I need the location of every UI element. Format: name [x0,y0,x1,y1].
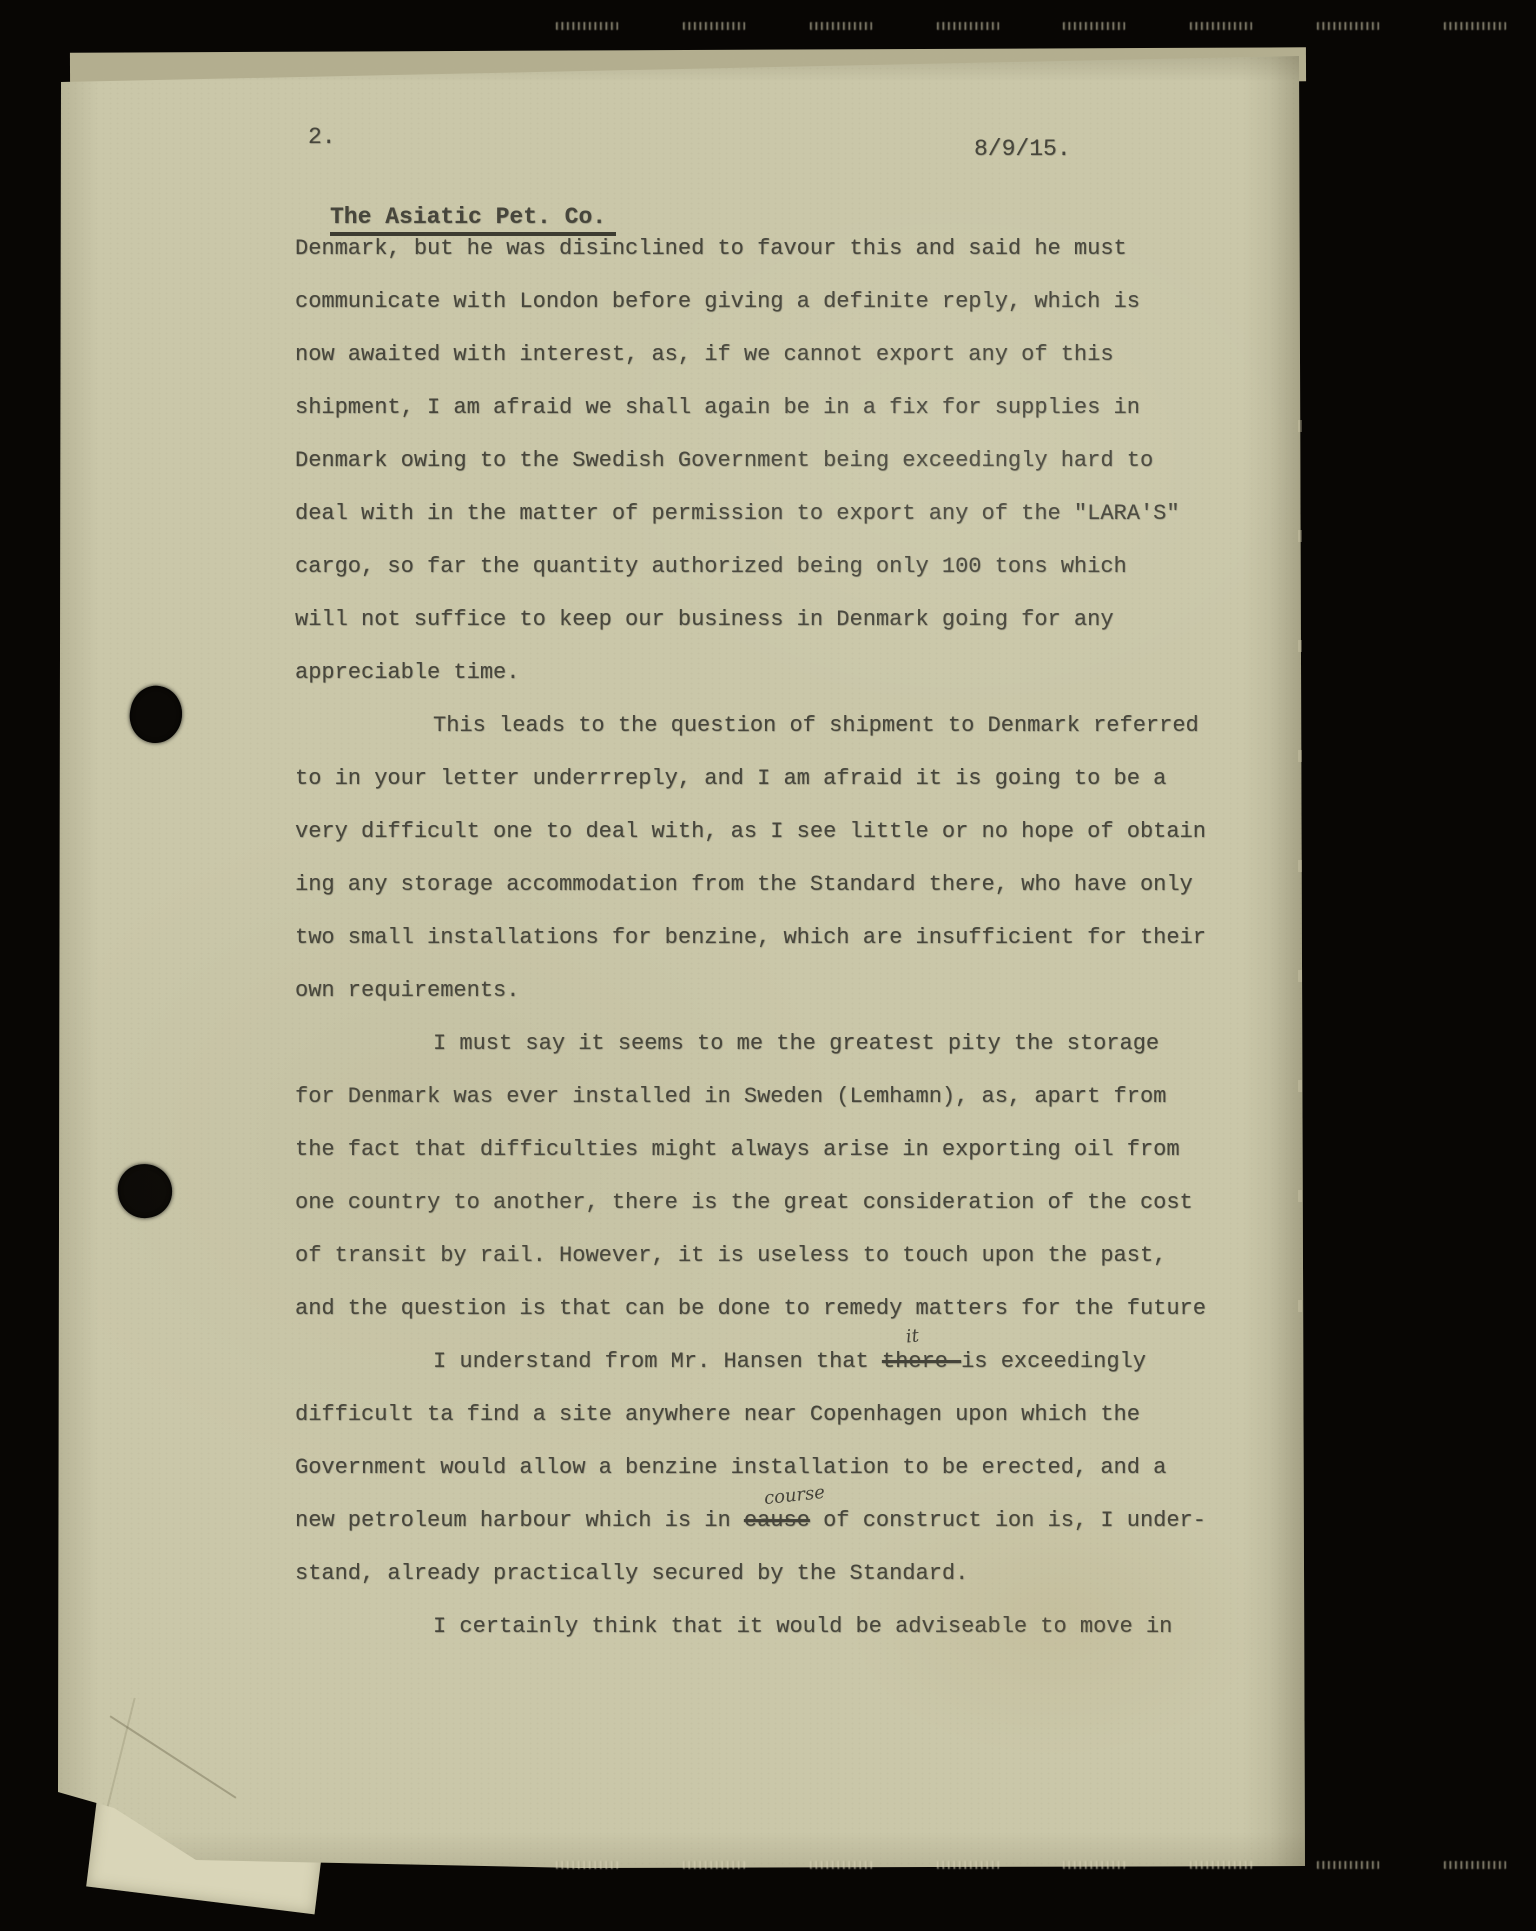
typed-text: Denmark owing to the Swedish Government … [295,448,1153,473]
typed-line: the fact that difficulties might always … [295,1123,1285,1176]
typed-line: one country to another, there is the gre… [295,1176,1285,1229]
typed-text: deal with in the matter of permission to… [295,501,1180,526]
typed-text: for Denmark was ever installed in Sweden… [295,1084,1166,1109]
typed-text: I must say it seems to me the greatest p… [433,1031,1159,1056]
film-sprocket-ticks [1298,420,1302,1320]
typed-text: one country to another, there is the gre… [295,1190,1193,1215]
typed-text: difficult ta find a site anywhere near C… [295,1402,1140,1427]
corner-crease [110,1715,237,1798]
typed-text: shipment, I am afraid we shall again be … [295,395,1140,420]
typed-text: Government would allow a benzine install… [295,1455,1166,1480]
film-edge-markings-top [556,22,1506,30]
film-mark [683,1861,745,1869]
typed-text: stand, already practically secured by th… [295,1561,968,1586]
typed-line: cargo, so far the quantity authorized be… [295,540,1285,593]
film-mark [1444,1861,1506,1869]
typed-text: is exceedingly [961,1349,1146,1374]
punch-hole [115,1161,176,1222]
film-mark [1190,22,1252,30]
typed-line: to in your letter underrreply, and I am … [295,752,1285,805]
typed-line: for Denmark was ever installed in Sweden… [295,1070,1285,1123]
typed-text: of construct ion is, I under- [810,1508,1206,1533]
letter-body: Denmark, but he was disinclined to favou… [295,222,1285,1653]
typed-line: deal with in the matter of permission to… [295,487,1285,540]
typed-text: communicate with London before giving a … [295,289,1140,314]
typed-line: now awaited with interest, as, if we can… [295,328,1285,381]
typed-text: now awaited with interest, as, if we can… [295,342,1114,367]
typed-line: new petroleum harbour which is in eausec… [295,1494,1285,1547]
typed-line: own requirements. [295,964,1285,1017]
typed-line: will not suffice to keep our business in… [295,593,1285,646]
struck-through-text: eausecourse [744,1508,810,1533]
film-mark [683,22,745,30]
typed-text: cargo, so far the quantity authorized be… [295,554,1127,579]
typed-text: new petroleum harbour which is in [295,1508,744,1533]
film-mark [937,22,999,30]
typed-line: I certainly think that it would be advis… [295,1600,1285,1653]
film-mark [1317,1861,1379,1869]
archival-scan-viewer: { "document": { "page_number": "2.", "da… [0,0,1536,1931]
typed-line: of transit by rail. However, it is usele… [295,1229,1285,1282]
typed-text: and the question is that can be done to … [295,1296,1206,1321]
handwritten-correction: it [905,1327,920,1346]
typed-line: appreciable time. [295,646,1285,699]
typed-line: two small installations for benzine, whi… [295,911,1285,964]
film-mark [556,1861,618,1869]
film-mark [1063,22,1125,30]
typed-line: This leads to the question of shipment t… [295,699,1285,752]
typed-text: the fact that difficulties might always … [295,1137,1180,1162]
typed-text: two small installations for benzine, whi… [295,925,1206,950]
punch-hole [125,681,188,748]
film-mark [1317,22,1379,30]
typed-line: stand, already practically secured by th… [295,1547,1285,1600]
film-mark [1063,1861,1125,1869]
typed-text: very difficult one to deal with, as I se… [295,819,1206,844]
typed-line: ing any storage accommodation from the S… [295,858,1285,911]
typed-line: Denmark owing to the Swedish Government … [295,434,1285,487]
film-mark [556,22,618,30]
film-mark [810,1861,872,1869]
typed-line: difficult ta find a site anywhere near C… [295,1388,1285,1441]
typed-text: Denmark, but he was disinclined to favou… [295,236,1127,261]
typed-text: This leads to the question of shipment t… [433,713,1199,738]
typed-line: and the question is that can be done to … [295,1282,1285,1335]
typed-line: very difficult one to deal with, as I se… [295,805,1285,858]
typed-line: shipment, I am afraid we shall again be … [295,381,1285,434]
letter-page: 2. 8/9/15. The Asiatic Pet. Co. Denmark,… [58,56,1305,1872]
film-mark [810,22,872,30]
typed-text: own requirements. [295,978,519,1003]
typed-line: Denmark, but he was disinclined to favou… [295,222,1285,275]
typed-text: will not suffice to keep our business in… [295,607,1114,632]
struck-through-text: there-it [882,1349,961,1374]
page-number: 2. [308,124,336,150]
handwritten-correction: course [763,1484,826,1508]
film-edge-markings-bottom [556,1861,1506,1869]
film-mark [1444,22,1506,30]
corner-crease [102,1698,135,1825]
typed-text: ing any storage accommodation from the S… [295,872,1193,897]
film-mark [1190,1861,1252,1869]
typed-text: I certainly think that it would be advis… [433,1614,1172,1639]
typed-text: appreciable time. [295,660,519,685]
typed-text: of transit by rail. However, it is usele… [295,1243,1166,1268]
typed-line: I must say it seems to me the greatest p… [295,1017,1285,1070]
typed-line: communicate with London before giving a … [295,275,1285,328]
film-mark [937,1861,999,1869]
typed-text: to in your letter underrreply, and I am … [295,766,1166,791]
document-date: 8/9/15. [974,136,1071,162]
typed-text: I understand from Mr. Hansen that [433,1349,882,1374]
typed-line: I understand from Mr. Hansen that there-… [295,1335,1285,1388]
